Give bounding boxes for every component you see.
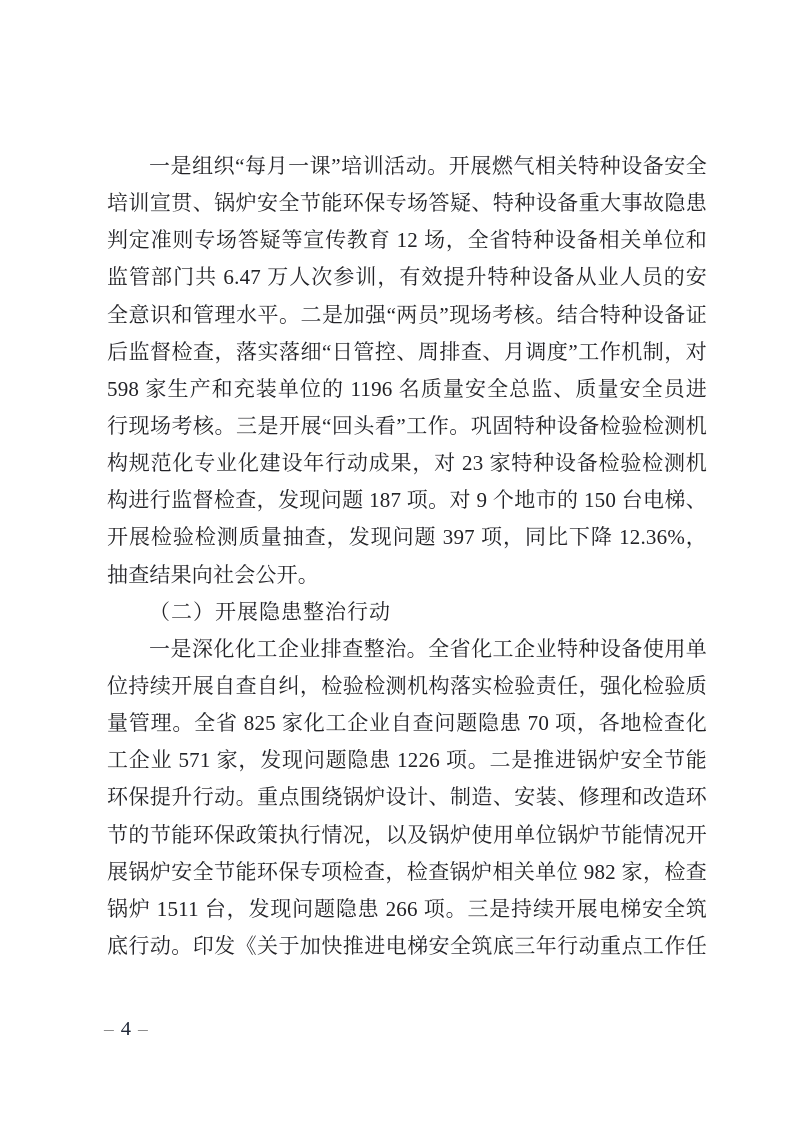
body-line: 构规范化专业化建设年行动成果，对 23 家特种设备检验检测机 [107, 445, 707, 482]
document-page: 一是组织“每月一课”培训活动。开展燃气相关特种设备安全 培训宣贯、锅炉安全节能环… [0, 0, 793, 1122]
body-line: 环保提升行动。重点围绕锅炉设计、制造、安装、修理和改造环 [107, 779, 707, 816]
body-line: 598 家生产和充装单位的 1196 名质量安全总监、质量安全员进 [107, 371, 707, 408]
paragraph-last-line: 抽查结果向社会公开。 [107, 557, 707, 594]
body-line: 展锅炉安全节能环保专项检查，检查锅炉相关单位 982 家，检查 [107, 854, 707, 891]
body-line: 节的节能环保政策执行情况，以及锅炉使用单位锅炉节能情况开 [107, 817, 707, 854]
page-number-dash-right: – [138, 1019, 148, 1040]
body-line: 一是组织“每月一课”培训活动。开展燃气相关特种设备安全 [107, 148, 707, 185]
body-line: 构进行监督检查，发现问题 187 项。对 9 个地市的 150 台电梯、 [107, 482, 707, 519]
body-line: 位持续开展自查自纠，检验检测机构落实检验责任，强化检验质 [107, 668, 707, 705]
body-line: 监管部门共 6.47 万人次参训，有效提升特种设备从业人员的安 [107, 259, 707, 296]
body-line: 一是深化化工企业排查整治。全省化工企业特种设备使用单 [107, 631, 707, 668]
section-heading: （二）开展隐患整治行动 [107, 594, 707, 631]
body-line: 量管理。全省 825 家化工企业自查问题隐患 70 项，各地检查化 [107, 705, 707, 742]
body-line: 锅炉 1511 台，发现问题隐患 266 项。三是持续开展电梯安全筑 [107, 891, 707, 928]
body-line: 行现场考核。三是开展“回头看”工作。巩固特种设备检验检测机 [107, 408, 707, 445]
body-line: 培训宣贯、锅炉安全节能环保专场答疑、特种设备重大事故隐患 [107, 185, 707, 222]
body-line: 工企业 571 家，发现问题隐患 1226 项。二是推进锅炉安全节能 [107, 742, 707, 779]
page-number-dash-left: – [104, 1019, 114, 1040]
body-line: 判定准则专场答疑等宣传教育 12 场，全省特种设备相关单位和 [107, 222, 707, 259]
body-line: 底行动。印发《关于加快推进电梯安全筑底三年行动重点工作任 [107, 928, 707, 965]
body-line: 后监督检查，落实落细“日管控、周排查、月调度”工作机制，对 [107, 334, 707, 371]
body-line: 全意识和管理水平。二是加强“两员”现场考核。结合特种设备证 [107, 297, 707, 334]
page-number: –4– [104, 1017, 148, 1042]
page-number-value: 4 [121, 1018, 131, 1040]
document-body: 一是组织“每月一课”培训活动。开展燃气相关特种设备安全 培训宣贯、锅炉安全节能环… [107, 148, 707, 965]
body-line: 开展检验检测质量抽查，发现问题 397 项，同比下降 12.36%， [107, 519, 707, 556]
